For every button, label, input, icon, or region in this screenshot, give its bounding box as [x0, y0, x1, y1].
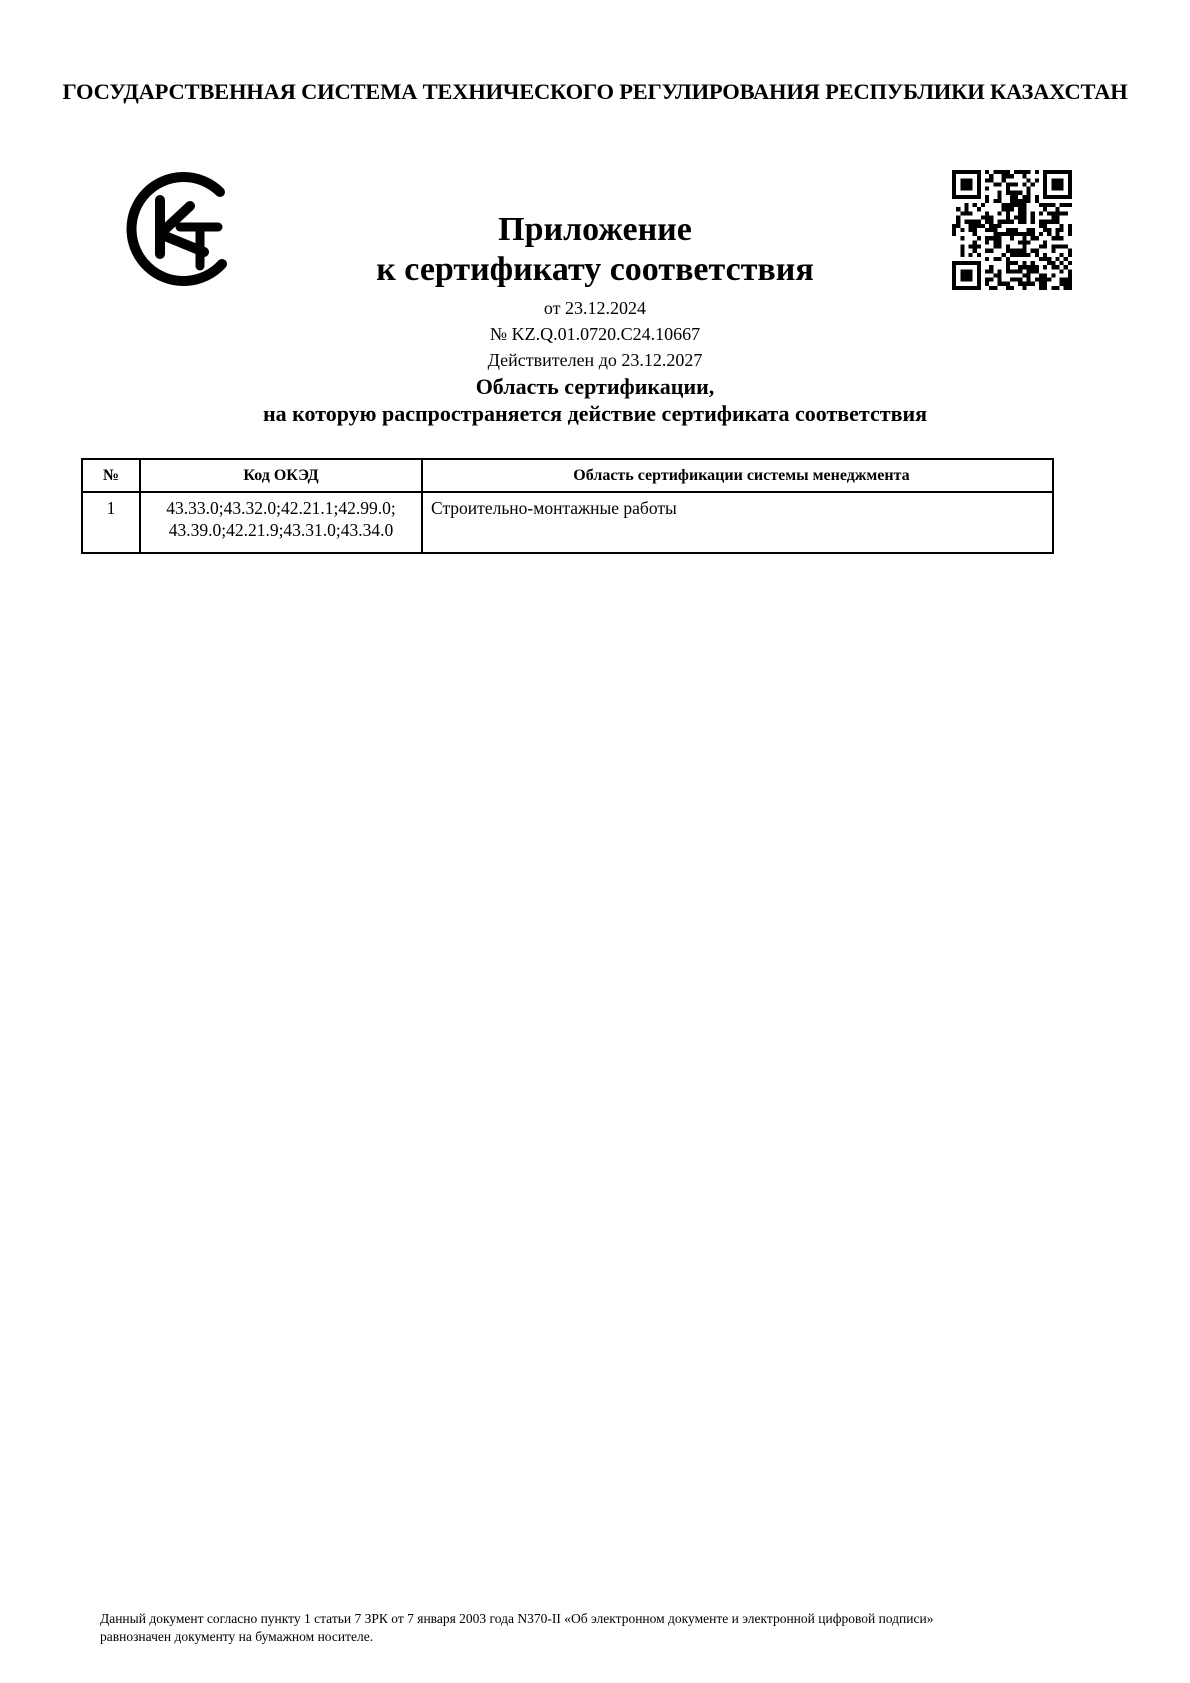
authority-title: ГОСУДАРСТВЕННАЯ СИСТЕМА ТЕХНИЧЕСКОГО РЕГ… [60, 78, 1130, 105]
header-number: № [82, 459, 140, 492]
title-line-1: Приложение [300, 210, 890, 250]
row-scope: Строительно-монтажные работы [422, 492, 1053, 553]
footer-line-1: Данный документ согласно пункту 1 статьи… [100, 1610, 1120, 1628]
scope-title-line-1: Область сертификации, [150, 373, 1040, 400]
header-okved-code: Код ОКЭД [140, 459, 422, 492]
qr-code-icon [952, 170, 1072, 290]
scope-title-line-2: на которую распространяется действие сер… [150, 400, 1040, 427]
table-row: 1 43.33.0;43.32.0;42.21.1;42.99.0; 43.39… [82, 492, 1053, 553]
valid-until: Действителен до 23.12.2027 [300, 349, 890, 371]
scope-table: № Код ОКЭД Область сертификации системы … [81, 458, 1054, 554]
codes-line-1: 43.33.0;43.32.0;42.21.1;42.99.0; [141, 497, 421, 519]
title-line-2: к сертификату соответствия [300, 250, 890, 290]
row-number: 1 [82, 492, 140, 553]
codes-line-2: 43.39.0;42.21.9;43.31.0;43.34.0 [141, 519, 421, 541]
document-title: Приложение к сертификату соответствия [300, 210, 890, 290]
legal-footer: Данный документ согласно пункту 1 статьи… [100, 1610, 1120, 1646]
footer-line-2: равнозначен документу на бумажном носите… [100, 1628, 1120, 1646]
header-scope: Область сертификации системы менеджмента [422, 459, 1053, 492]
table-header-row: № Код ОКЭД Область сертификации системы … [82, 459, 1053, 492]
kt-logo-icon [124, 172, 236, 288]
row-codes: 43.33.0;43.32.0;42.21.1;42.99.0; 43.39.0… [140, 492, 422, 553]
certificate-number: № KZ.Q.01.0720.C24.10667 [300, 323, 890, 345]
scope-title: Область сертификации, на которую распрос… [150, 373, 1040, 427]
issue-date: от 23.12.2024 [300, 297, 890, 319]
